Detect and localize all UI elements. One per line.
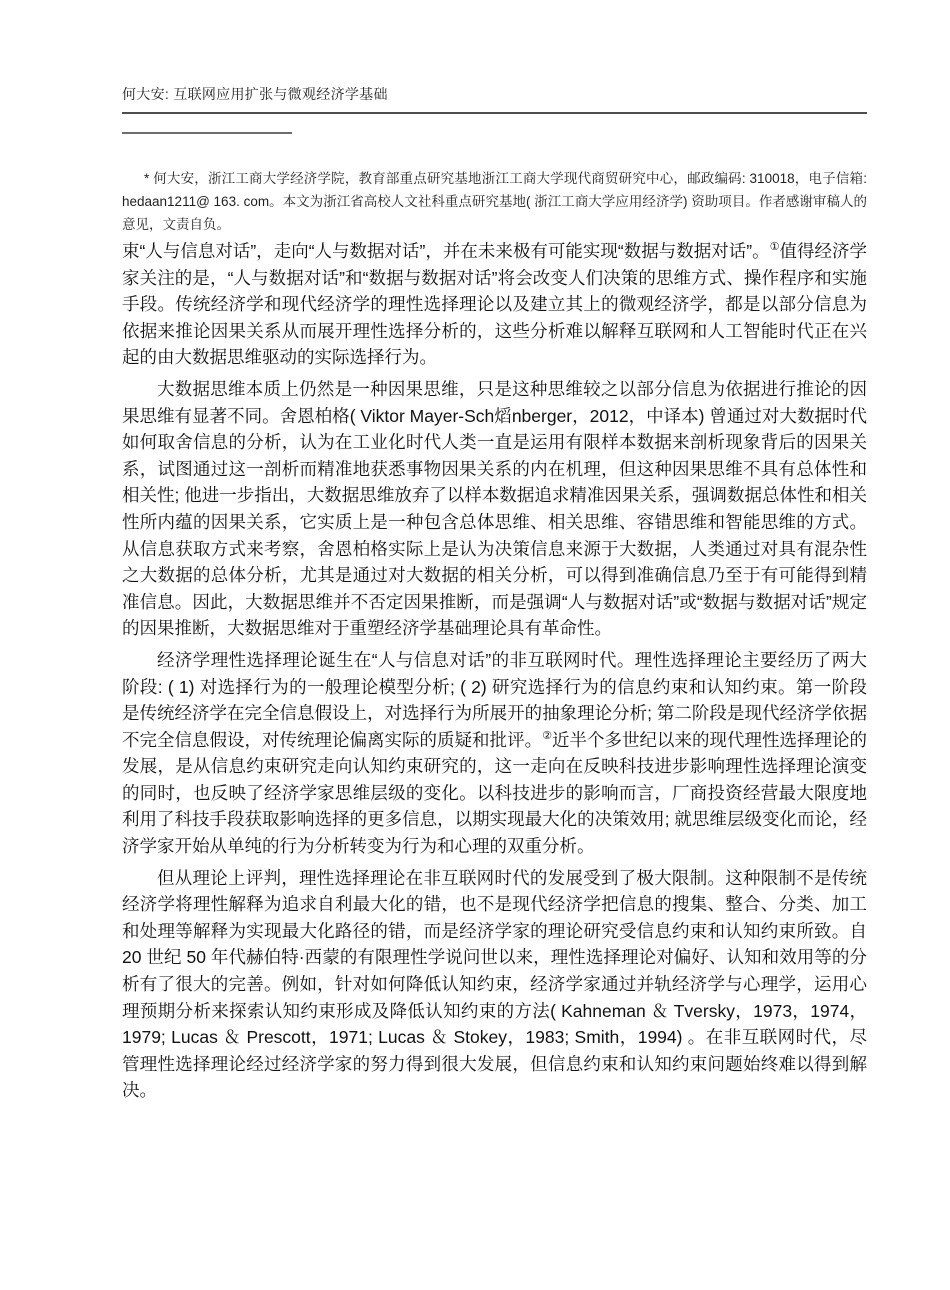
- footnote-ref-marker: ①: [770, 241, 780, 253]
- running-head-title: 何大安: 互联网应用扩张与微观经济学基础: [122, 84, 867, 104]
- body-paragraph: 但从理论上评判，理性选择理论在非互联网时代的发展受到了极大限制。这种限制不是传统…: [122, 865, 867, 1104]
- footnote-separator-rule: [122, 132, 292, 134]
- body-paragraph: 经济学理性选择理论诞生在“人与信息对话”的非互联网时代。理性选择理论主要经历了两…: [122, 647, 867, 860]
- body-paragraph: 大数据思维本质上仍然是一种因果思维，只是这种思维较之以部分信息为依据进行推论的因…: [122, 376, 867, 642]
- article-body: 束“人与信息对话”，走向“人与数据对话”，并在未来极有可能实现“数据与数据对话”…: [122, 238, 867, 1109]
- footnote-ref-marker: ②: [542, 730, 552, 742]
- body-paragraph: 束“人与信息对话”，走向“人与数据对话”，并在未来极有可能实现“数据与数据对话”…: [122, 238, 867, 371]
- paper-page: 何大安: 互联网应用扩张与微观经济学基础 * 何大安，浙江工商大学经济学院，教育…: [0, 0, 950, 1290]
- footnote-text: * 何大安，浙江工商大学经济学院，教育部重点研究基地浙江工商大学现代商贸研究中心…: [122, 167, 867, 236]
- footnote-block: * 何大安，浙江工商大学经济学院，教育部重点研究基地浙江工商大学现代商贸研究中心…: [122, 167, 867, 236]
- header-rule: [122, 112, 867, 114]
